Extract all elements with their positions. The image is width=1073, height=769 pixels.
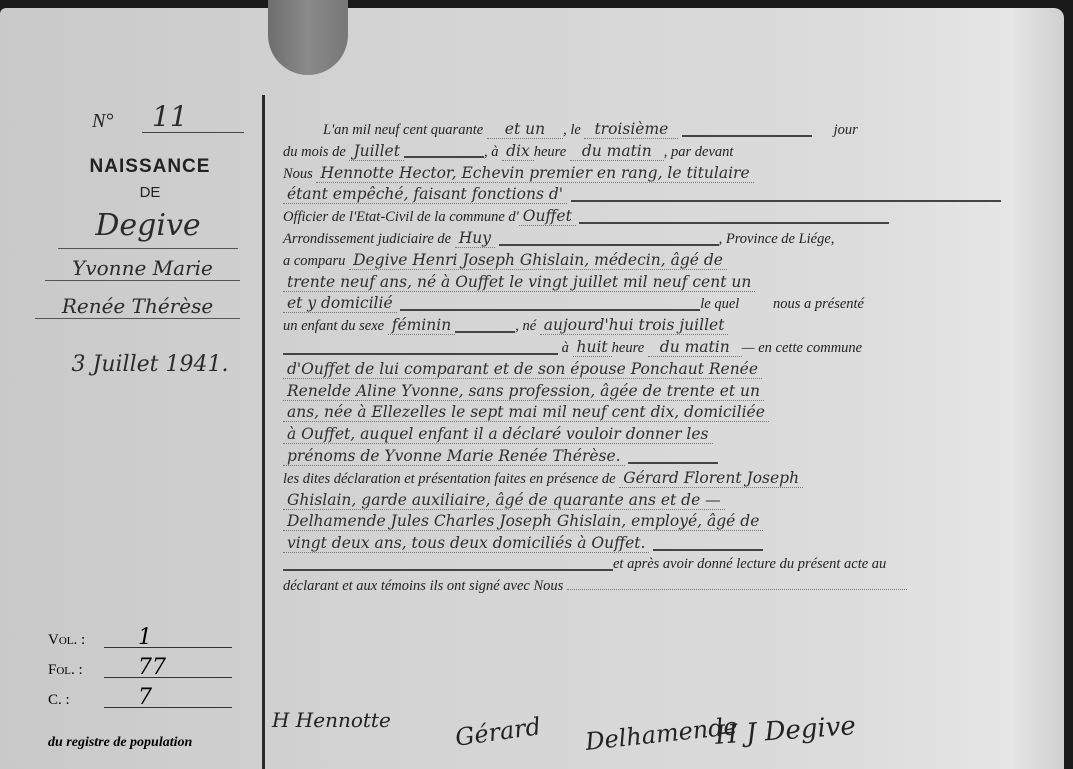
act-line-3: Nous Hennotte Hector, Echevin premier en…: [283, 164, 1023, 186]
printed-text: déclarant et aux témoins ils ont signé a…: [283, 578, 563, 594]
fol-label: Fol. :: [48, 662, 83, 679]
printed-text: Arrondissement judiciaire de: [283, 231, 451, 247]
act-line-1: L'an mil neuf cent quarante et un, le tr…: [283, 120, 1023, 142]
printed-text: les dites déclaration et présentation fa…: [283, 471, 616, 487]
act-line-6: Arrondissement judiciaire de Huy , Provi…: [283, 229, 1023, 251]
handwritten-birth-day: aujourd'hui trois juillet: [540, 316, 729, 335]
act-line-18: Ghislain, garde auxiliaire, âgé de quara…: [283, 491, 1023, 513]
printed-text: L'an mil neuf cent quarante: [323, 122, 483, 138]
act-line-12: d'Ouffet de lui comparant et de son épou…: [283, 360, 1023, 382]
handwritten-witness-1: Gérard Florent Joseph: [619, 469, 803, 488]
handwritten-witness-2-cont: vingt deux ans, tous deux domiciliés à O…: [283, 534, 649, 553]
register-footer: du registre de population: [48, 735, 192, 751]
act-line-16: prénoms de Yvonne Marie Renée Thérèse.: [283, 447, 1023, 469]
printed-text: un enfant du sexe: [283, 318, 384, 334]
printed-text: Nous: [283, 166, 313, 182]
fill-line: [404, 146, 484, 158]
handwritten-birth-hour: huit: [573, 338, 612, 357]
printed-text: à: [562, 340, 569, 356]
act-line-15: à Ouffet, auquel enfant il a déclaré vou…: [283, 425, 1023, 447]
handwritten-naming: à Ouffet, auquel enfant il a déclaré vou…: [283, 425, 713, 444]
printed-text: du mois de: [283, 144, 346, 160]
handwritten-time-of-day: du matin: [570, 142, 664, 161]
register-page: N° 11 NAISSANCE DE Degive Yvonne Marie R…: [0, 8, 1064, 769]
vol-value: 1: [104, 628, 232, 648]
record-type-title: NAISSANCE: [30, 156, 270, 178]
act-line-11: à huitheure du matin— en cette commune: [283, 338, 1023, 360]
printed-text: Officier de l'Etat-Civil de la commune d…: [283, 209, 519, 225]
act-line-14: ans, née à Ellezelles le sept mai mil ne…: [283, 403, 1023, 425]
handwritten-year-suffix: et un: [487, 120, 563, 139]
handwritten-mother-cont: Renelde Aline Yvonne, sans profession, â…: [283, 382, 764, 401]
handwritten-mother-birth: ans, née à Ellezelles le sept mai mil ne…: [283, 403, 769, 422]
act-line-4: étant empêché, faisant fonctions d': [283, 185, 1023, 207]
act-line-7: a comparu Degive Henri Joseph Ghislain, …: [283, 251, 1023, 273]
record-type-de: DE: [30, 184, 270, 201]
act-line-20: vingt deux ans, tous deux domiciliés à O…: [283, 534, 1023, 556]
fill-line: [682, 125, 812, 137]
act-body: L'an mil neuf cent quarante et un, le tr…: [283, 120, 1023, 600]
printed-text: , par devant: [664, 144, 734, 160]
fill-line: [628, 452, 718, 464]
act-line-17: les dites déclaration et présentation fa…: [283, 469, 1023, 491]
fill-line: [579, 212, 889, 224]
act-line-21: et après avoir donné lecture du présent …: [283, 556, 1023, 578]
act-line-8: trente neuf ans, né à Ouffet le vingt ju…: [283, 273, 1023, 295]
act-line-9: et y domicilié le quel nous a présenté: [283, 294, 1023, 316]
handwritten-officer-cont: étant empêché, faisant fonctions d': [283, 185, 567, 204]
handwritten-birth-time: du matin: [648, 338, 742, 357]
handwritten-witness-1-cont: Ghislain, garde auxiliaire, âgé de quara…: [283, 491, 725, 510]
signature-officer: H Hennotte: [272, 708, 391, 732]
printed-text: jour: [834, 122, 858, 138]
handwritten-mother: d'Ouffet de lui comparant et de son épou…: [283, 360, 762, 379]
act-line-10: un enfant du sexe féminin, né aujourd'hu…: [283, 316, 1023, 338]
printed-text: , le: [563, 122, 581, 138]
handwritten-domicile: et y domicilié: [283, 294, 397, 313]
printed-text: , né: [515, 318, 536, 334]
handwritten-hour: dix: [502, 142, 534, 161]
handwritten-witness-2: Delhamende Jules Charles Joseph Ghislain…: [283, 512, 763, 531]
act-line-22: déclarant et aux témoins ils ont signé a…: [283, 578, 1023, 600]
handwritten-given-names: prénoms de Yvonne Marie Renée Thérèse.: [283, 447, 625, 466]
handwritten-officer: Hennotte Hector, Echevin premier en rang…: [316, 164, 753, 183]
fill-line: [400, 299, 700, 311]
fill-line: [283, 343, 558, 355]
fill-line: [653, 539, 763, 551]
signature-witness-1: Gérard: [453, 712, 542, 752]
printed-text: a comparu: [283, 253, 345, 269]
fill-line: [499, 234, 719, 246]
printed-text: le quel: [700, 296, 739, 312]
printed-text: heure: [612, 340, 644, 356]
fill-line: [283, 559, 613, 571]
handwritten-declarant: Degive Henri Joseph Ghislain, médecin, â…: [349, 251, 727, 270]
handwritten-month: Juillet: [349, 142, 403, 161]
printed-text: — en cette commune: [742, 340, 862, 356]
act-line-2: du mois de Juillet, à dixheure du matin,…: [283, 142, 1023, 164]
handwritten-day: troisième: [584, 120, 678, 139]
child-surname: Degive: [58, 208, 238, 249]
handwritten-sex: féminin: [388, 316, 456, 335]
handwritten-declarant-cont: trente neuf ans, né à Ouffet le vingt ju…: [283, 273, 755, 292]
handwritten-commune: Ouffet: [519, 207, 576, 226]
act-line-13: Renelde Aline Yvonne, sans profession, â…: [283, 382, 1023, 404]
fill-line: [571, 190, 1001, 202]
act-line-19: Delhamende Jules Charles Joseph Ghislain…: [283, 512, 1023, 534]
fol-value: 77: [104, 658, 232, 678]
population-register-refs: Vol. : 1 Fol. : 77 C. : 7: [48, 628, 248, 718]
handwritten-arrondissement: Huy: [455, 229, 495, 248]
printed-text: et après avoir donné lecture du présent …: [613, 556, 886, 572]
printed-text: heure: [534, 144, 566, 160]
act-number-label: N°: [92, 110, 113, 133]
printed-text: nous a présenté: [773, 296, 864, 312]
printed-text: , à: [484, 144, 499, 160]
fill-line: [455, 321, 515, 333]
birth-date: 3 Juillet 1941.: [30, 352, 270, 377]
printed-text: , Province de Liége,: [719, 231, 835, 247]
act-number: 11: [142, 100, 244, 133]
child-given-names-1: Yvonne Marie: [45, 256, 240, 281]
c-value: 7: [104, 688, 232, 708]
c-label: C. :: [48, 692, 70, 709]
act-line-5: Officier de l'Etat-Civil de la commune d…: [283, 207, 1023, 229]
dotted-line: [567, 589, 907, 590]
child-given-names-2: Renée Thérèse: [35, 294, 240, 319]
vol-label: Vol. :: [48, 632, 85, 649]
